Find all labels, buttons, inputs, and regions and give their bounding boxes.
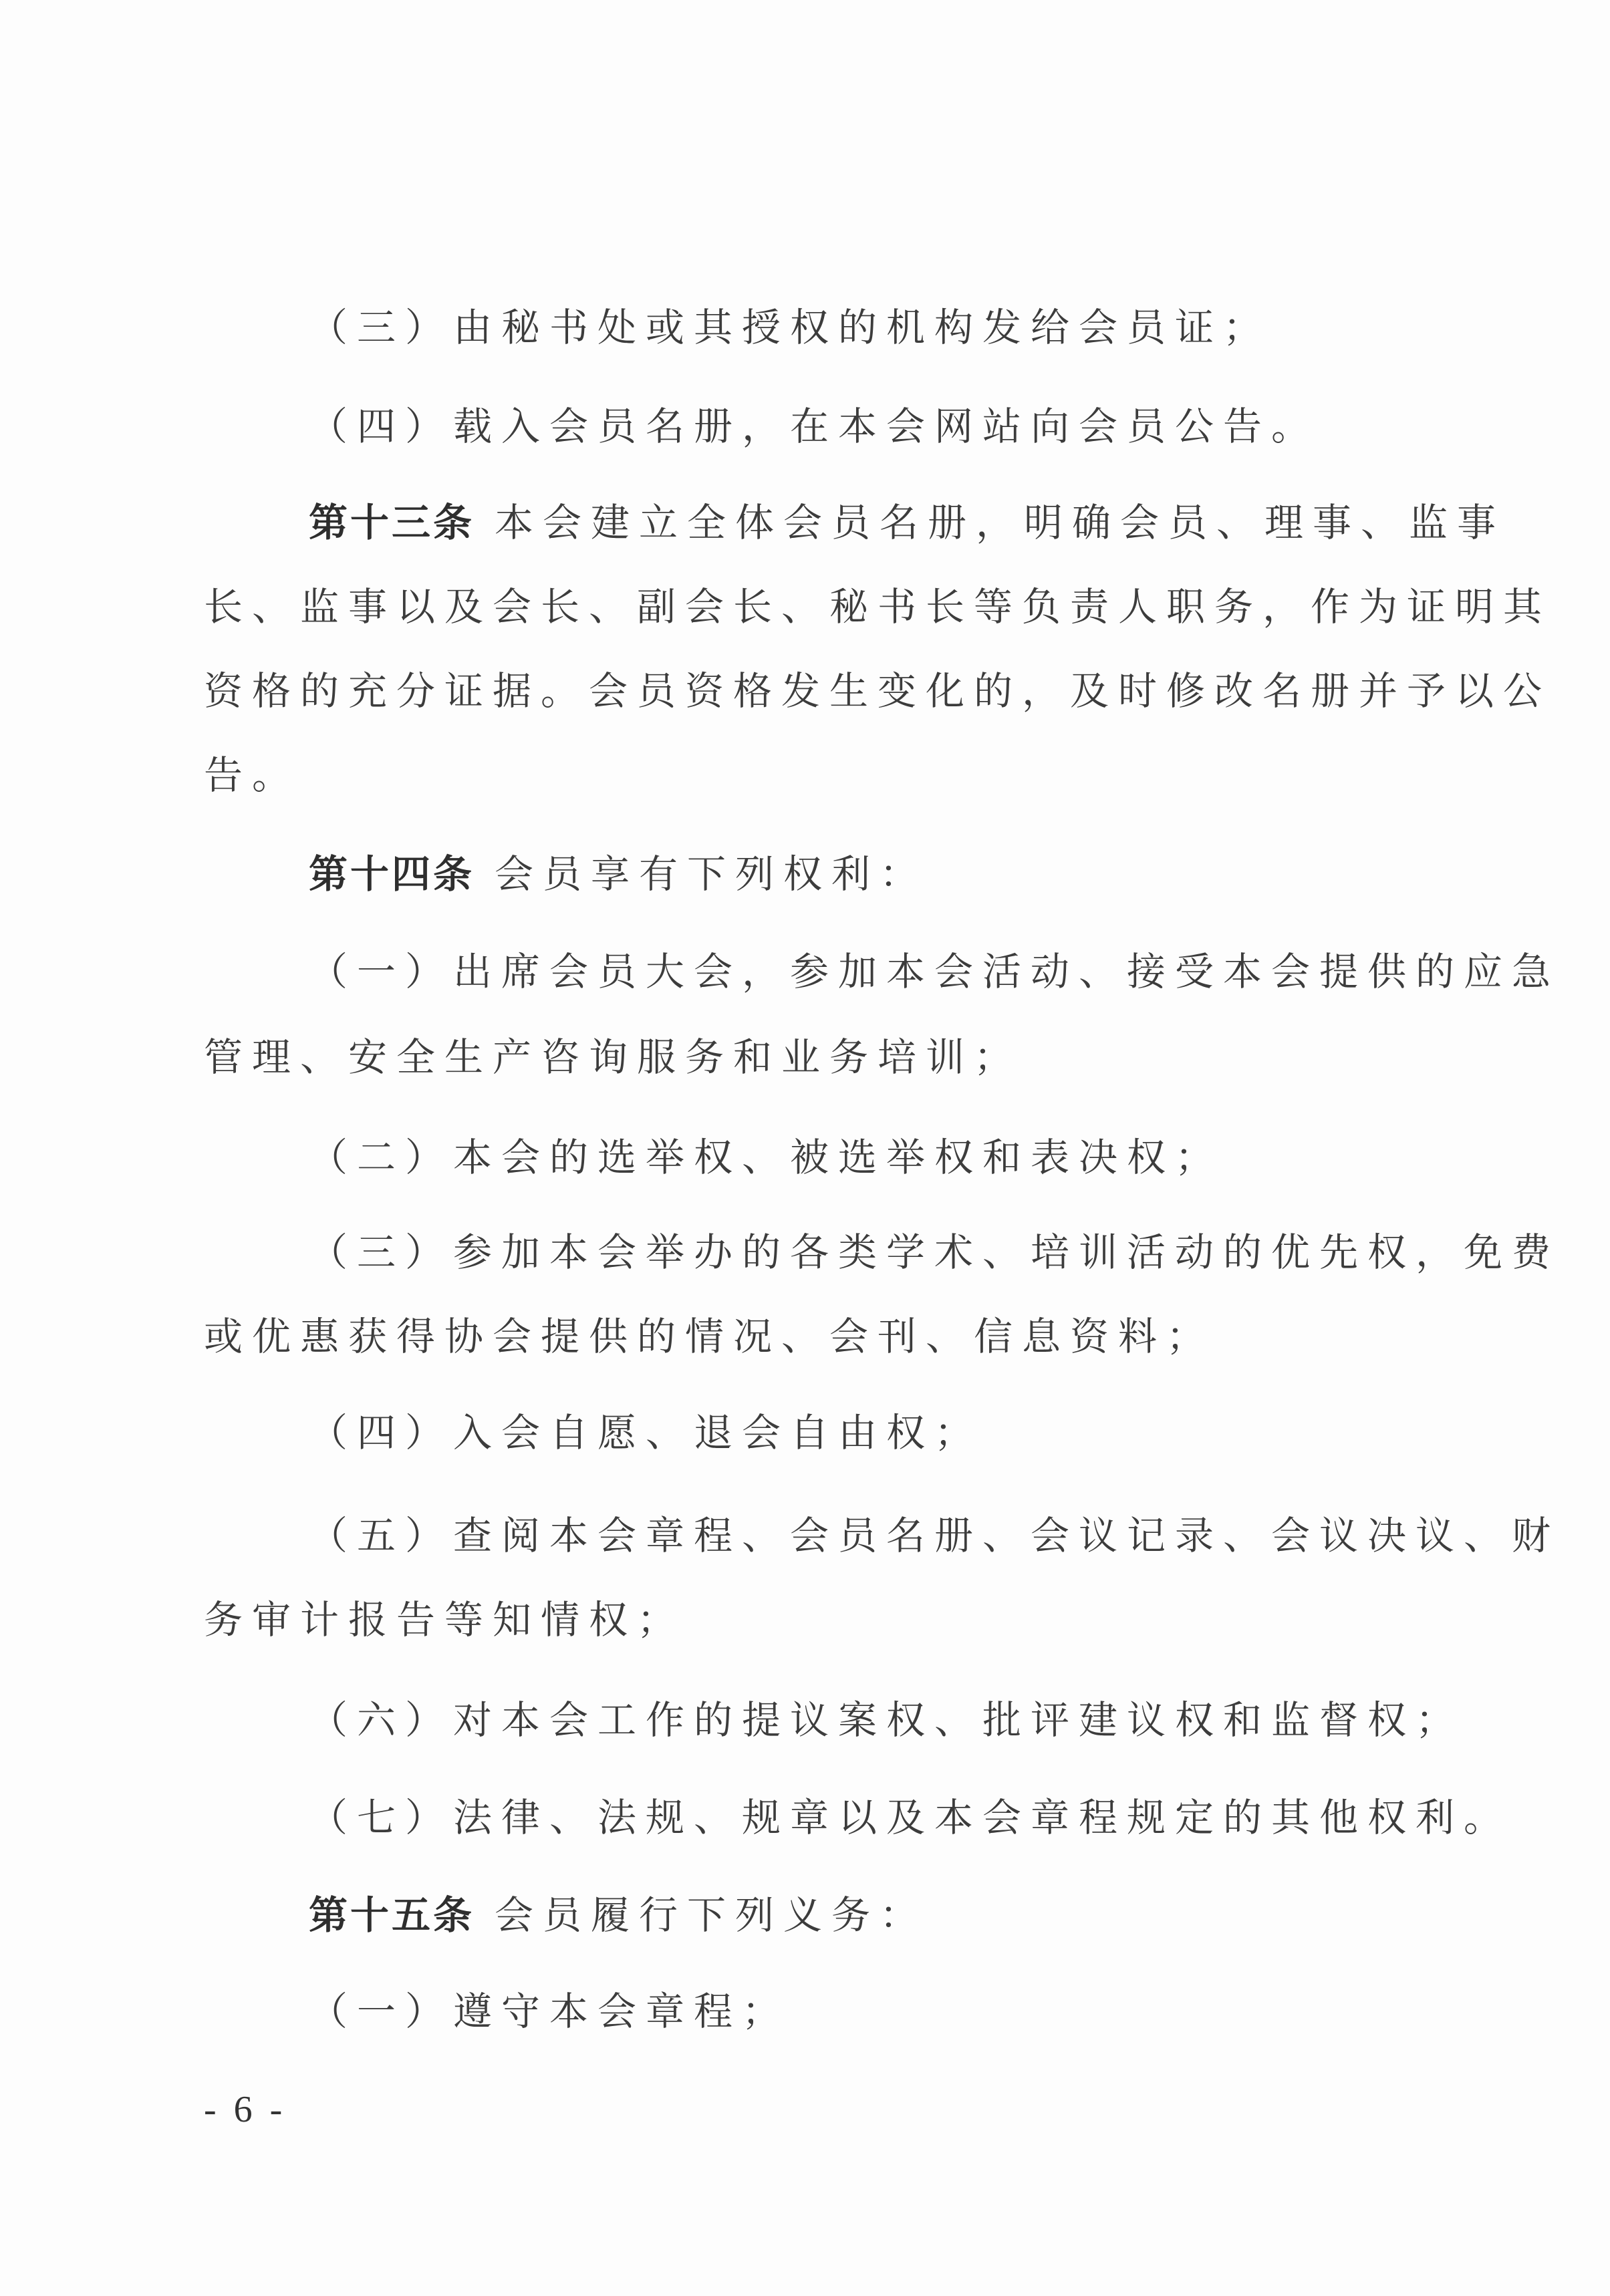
article-15-text: 会员履行下列义务：: [495, 1892, 928, 1938]
article-13-text: 本会建立全体会员名册，明确会员、理事、监事: [495, 500, 1505, 545]
article-14-text: 会员享有下列权利：: [495, 851, 928, 897]
right-item-7: （七）法律、法规、规章以及本会章程规定的其他权利。: [309, 1791, 1512, 1844]
document-page: （三）由秘书处或其授权的机构发给会员证； （四）载入会员名册，在本会网站向会员公…: [0, 0, 1610, 2296]
article-14-first-line: 第十四条会员享有下列权利：: [309, 847, 928, 901]
right-item-1-line-1: （一）出席会员大会，参加本会活动、接受本会提供的应急: [309, 945, 1560, 998]
article-13-first-line: 第十三条本会建立全体会员名册，明确会员、理事、监事: [309, 496, 1505, 549]
item-membership-card: （三）由秘书处或其授权的机构发给会员证；: [309, 301, 1271, 354]
article-13-heading: 第十三条: [309, 500, 475, 545]
right-item-2: （二）本会的选举权、被选举权和表决权；: [309, 1131, 1223, 1184]
right-item-5-line-2: 务审计报告等知情权；: [204, 1593, 685, 1646]
article-13-line-4: 告。: [204, 748, 300, 802]
right-item-6: （六）对本会工作的提议案权、批评建议权和监督权；: [309, 1693, 1464, 1747]
duty-item-1: （一）遵守本会章程；: [309, 1985, 790, 2038]
article-13-line-2: 长、监事以及会长、副会长、秘书长等负责人职务，作为证明其: [204, 580, 1551, 633]
article-15-first-line: 第十五条会员履行下列义务：: [309, 1888, 928, 1942]
right-item-3-line-1: （三）参加本会举办的各类学术、培训活动的优先权，免费: [309, 1226, 1560, 1279]
item-member-register: （四）载入会员名册，在本会网站向会员公告。: [309, 400, 1319, 453]
right-item-3-line-2: 或优惠获得协会提供的情况、会刊、信息资料；: [204, 1310, 1214, 1363]
article-14-heading: 第十四条: [309, 851, 475, 897]
page-number: - 6 -: [204, 2088, 286, 2131]
right-item-5-line-1: （五）查阅本会章程、会员名册、会议记录、会议决议、财: [309, 1509, 1560, 1562]
right-item-4: （四）入会自愿、退会自由权；: [309, 1406, 982, 1459]
right-item-1-line-2: 管理、安全生产咨询服务和业务培训；: [204, 1030, 1022, 1084]
article-13-line-3: 资格的充分证据。会员资格发生变化的，及时修改名册并予以公: [204, 664, 1551, 718]
article-15-heading: 第十五条: [309, 1892, 475, 1938]
